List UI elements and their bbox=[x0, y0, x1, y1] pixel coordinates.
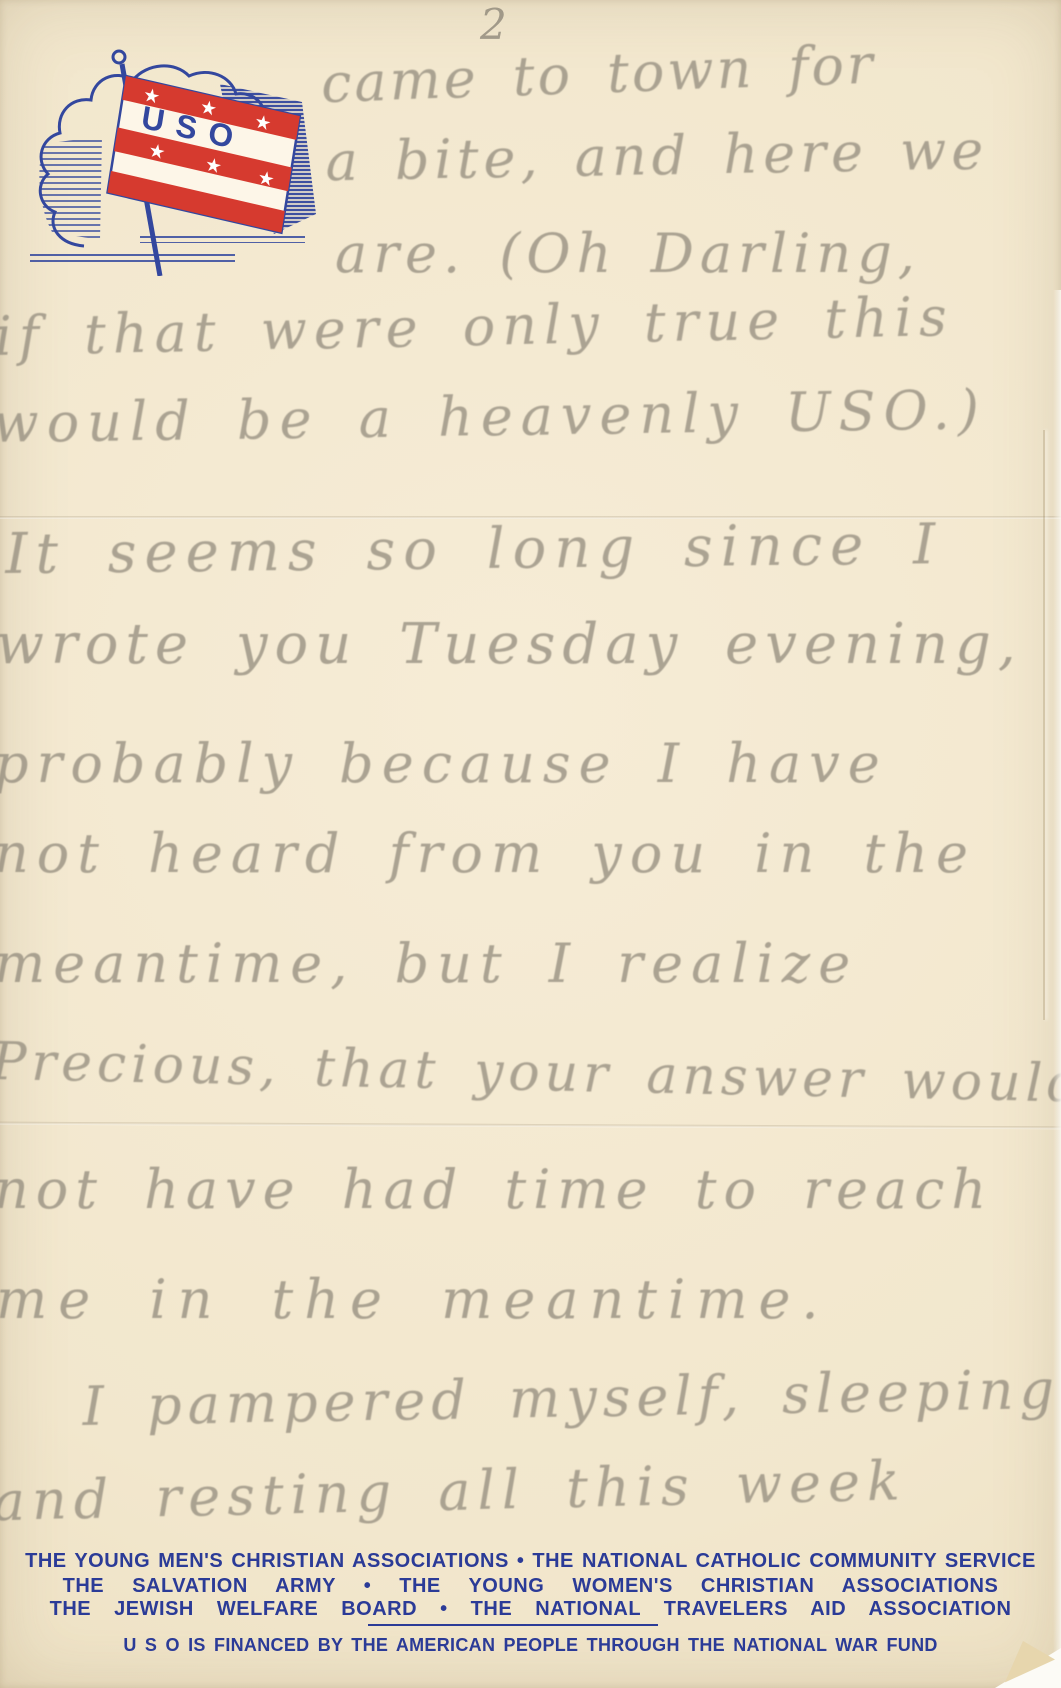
uso-flag-logo-icon: ★ ★ ★ ★ ★ ★ USO bbox=[22, 36, 322, 276]
handwriting-line: me in the meantime. bbox=[0, 1268, 830, 1331]
footer-member-line: THE SALVATION ARMY • THE YOUNG WOMEN'S C… bbox=[0, 1575, 1061, 1598]
star-icon: ★ bbox=[256, 166, 276, 192]
handwriting-line: are. (Oh Darling, bbox=[335, 222, 921, 285]
star-icon: ★ bbox=[204, 153, 224, 179]
fold-crease-vertical bbox=[1043, 430, 1045, 1020]
handwriting-line: wrote you Tuesday evening, bbox=[0, 612, 1023, 677]
handwriting-line: probably because I have bbox=[0, 732, 888, 795]
fold-crease-horizontal bbox=[0, 516, 1061, 519]
handwriting-line: a bite, and here we bbox=[325, 118, 989, 193]
handwriting-line: not heard from you in the bbox=[0, 822, 976, 885]
footer-member-line: THE JEWISH WELFARE BOARD • THE NATIONAL … bbox=[0, 1598, 1061, 1621]
handwriting-line: not have had time to reach bbox=[0, 1158, 993, 1221]
handwriting-line: meantime, but I realize bbox=[0, 932, 858, 995]
paper-right-edge bbox=[1053, 290, 1061, 1688]
star-icon: ★ bbox=[253, 110, 273, 136]
handwriting-line: It seems so long since I bbox=[5, 512, 943, 587]
pole-finial bbox=[113, 51, 125, 63]
page-number: 2 bbox=[480, 0, 507, 49]
star-icon: ★ bbox=[147, 139, 167, 165]
footer-funding-line: U S O IS FINANCED BY THE AMERICAN PEOPLE… bbox=[0, 1635, 1061, 1656]
footer-member-line: THE YOUNG MEN'S CHRISTIAN ASSOCIATIONS •… bbox=[0, 1550, 1061, 1573]
footer-divider bbox=[368, 1624, 658, 1626]
